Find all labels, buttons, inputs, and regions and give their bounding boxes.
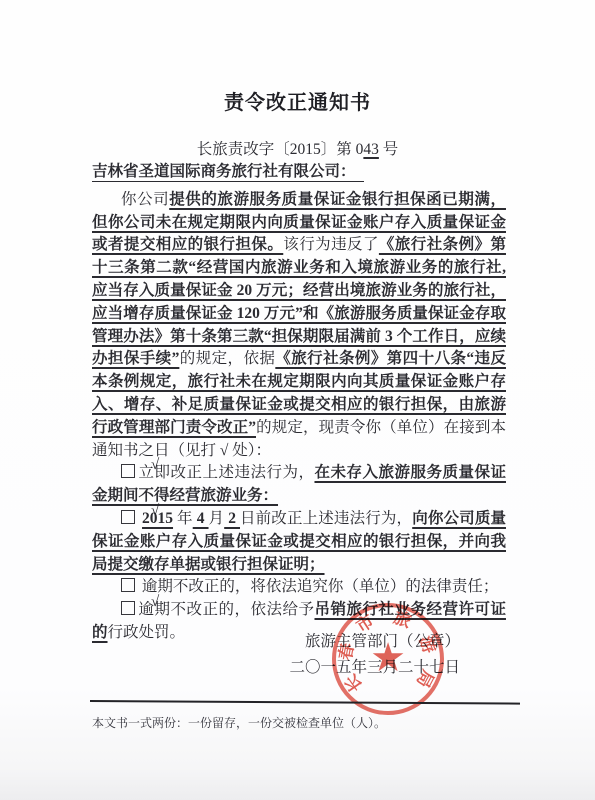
body-text: 的规定，依据 (179, 350, 275, 367)
body-paragraph: √ 2015 年 4 月 2 日前改正上述违法行为，向你公司质量保证金账户存入质… (92, 508, 506, 576)
document-number-prefix: 长旅责改字〔2015〕第 0 (197, 141, 364, 158)
check-tick-icon: √ (122, 595, 159, 610)
checkbox-checked-icon: √ (121, 601, 135, 615)
seal-char: 长 (342, 671, 366, 695)
body-text: 月 (209, 510, 225, 527)
footer-note: 本文书一式两份：一份留存，一份交被检查单位（人）。 (92, 714, 386, 731)
document-number-serial: 43 (363, 141, 379, 158)
checkbox-checked-icon: √ (121, 464, 135, 478)
seal-star-icon: ★ (370, 638, 406, 678)
emphasized-filled-text: 2 (224, 510, 240, 527)
checkbox-checked-icon: √ (121, 510, 135, 524)
seal-char: 春 (337, 642, 357, 662)
body-text: 你公司 (121, 191, 169, 208)
document-page: 责令改正通知书 长旅责改字〔2015〕第 043 号 吉林省圣道国际商务旅行社有… (0, 0, 595, 800)
seal-char: 局 (414, 667, 437, 690)
body-paragraphs: 你公司提供的旅游服务质量保证金银行担保函已期满，但你公司未在规定期限内向质量保证… (92, 189, 506, 645)
body-text: 该行为违反了 (283, 236, 379, 253)
emphasized-filled-text: 《旅行社条例》第十三条第二款“经营国内旅游业务和入境旅游业务的旅行社,应当存入质… (92, 236, 506, 367)
document-number-suffix: 号 (379, 141, 398, 158)
seal-char: 旅 (391, 609, 413, 631)
checkbox-empty-icon (121, 578, 135, 592)
addressee: 吉林省圣道国际商务旅行社有限公司： (92, 163, 364, 182)
body-text: 立即改正上述违法行为， (138, 464, 314, 481)
seal-char: 市 (353, 612, 377, 636)
document-body: 吉林省圣道国际商务旅行社有限公司： 你公司提供的旅游服务质量保证金银行担保函已期… (92, 161, 506, 645)
footer-divider (90, 700, 520, 705)
check-tick-icon: √ (122, 504, 159, 519)
body-text: 逾期不改正的，将依法追究你（单位）的法律责任； (138, 578, 498, 595)
check-tick-icon: √ (122, 458, 159, 473)
emphasized-filled-text: 4 (193, 510, 209, 527)
document-number: 长旅责改字〔2015〕第 043 号 (0, 137, 595, 159)
body-text: 逾期不改正的，依法给予 (138, 601, 314, 618)
addressee-line: 吉林省圣道国际商务旅行社有限公司： (92, 161, 506, 184)
official-seal: ★ 长春市旅游局 (332, 603, 444, 715)
body-paragraph: 你公司提供的旅游服务质量保证金银行担保函已期满，但你公司未在规定期限内向质量保证… (92, 189, 506, 463)
body-text: 年 (173, 510, 193, 527)
body-text: 日前改正上述违法行为， (240, 510, 412, 527)
body-paragraph: √立即改正上述违法行为，在未存入旅游服务质量保证金期间不得经营旅游业务： (92, 462, 506, 508)
document-title: 责令改正通知书 (0, 86, 595, 115)
seal-char: 游 (417, 634, 439, 656)
